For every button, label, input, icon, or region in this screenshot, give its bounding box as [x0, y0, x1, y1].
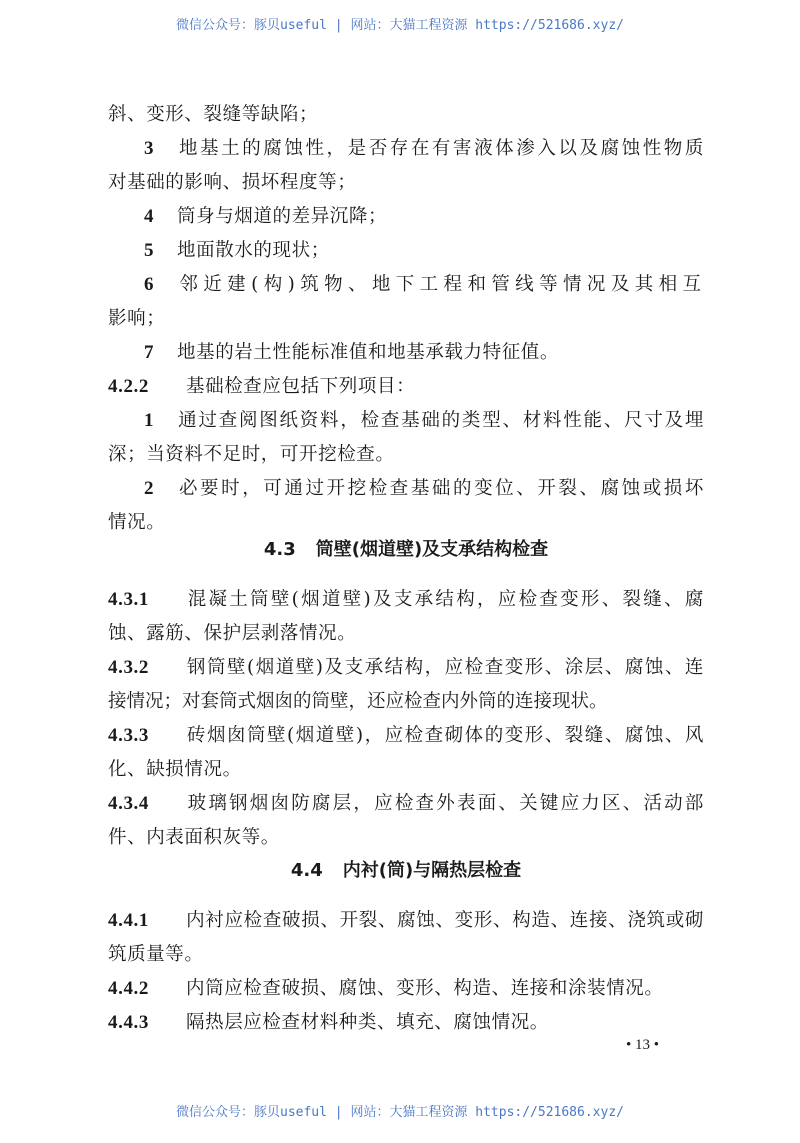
item-number: 6: [144, 270, 177, 300]
list-item: 7地基的岩土性能标准值和地基承载力特征值。: [108, 338, 704, 368]
section-title: 内衬(筒)与隔热层检查: [343, 860, 521, 881]
clause: 4.4.2内筒应检查破损、腐蚀、变形、构造、连接和涂装情况。: [108, 974, 704, 1004]
list-item: 5地面散水的现状；: [108, 236, 704, 266]
clause-text: 混凝土筒壁(烟道壁)及支承结构，应检查变形、裂缝、腐: [186, 589, 704, 610]
clause-text: 钢筒壁(烟道壁)及支承结构，应检查变形、涂层、腐蚀、连: [186, 657, 704, 678]
clause-text: 玻璃钢烟囱防腐层，应检查外表面、关键应力区、活动部: [186, 793, 704, 814]
text-line: 件、内表面积灰等。: [108, 823, 704, 853]
text-line: 筑质量等。: [108, 940, 704, 970]
item-number: 2: [144, 474, 177, 504]
watermark-header: 微信公众号：豚贝useful | 网站：大猫工程资源 https://52168…: [0, 14, 800, 33]
clause-number: 4.3.4: [108, 789, 186, 819]
list-item: 2必要时，可通过开挖检查基础的变位、开裂、腐蚀或损坏: [108, 474, 704, 504]
item-text: 必要时，可通过开挖检查基础的变位、开裂、腐蚀或损坏: [177, 478, 704, 499]
item-number: 3: [144, 134, 177, 164]
clause-number: 4.3.3: [108, 721, 186, 751]
item-number: 1: [144, 406, 177, 436]
list-item: 4筒身与烟道的差异沉降；: [108, 202, 704, 232]
clause-text: 内筒应检查破损、腐蚀、变形、构造、连接和涂装情况。: [186, 978, 664, 999]
item-number: 4: [144, 202, 177, 232]
clause-number: 4.4.2: [108, 974, 186, 1004]
item-text: 地面散水的现状；: [177, 240, 330, 261]
clause-text: 隔热层应检查材料种类、填充、腐蚀情况。: [186, 1012, 549, 1033]
clause-number: 4.3.2: [108, 653, 186, 683]
page-number: • 13 •: [626, 1037, 659, 1054]
text-line: 蚀、露筋、保护层剥落情况。: [108, 619, 704, 649]
clause-text: 基础检查应包括下列项目：: [186, 376, 415, 397]
clause-number: 4.4.1: [108, 906, 186, 936]
clause: 4.3.3砖烟囱筒壁(烟道壁)，应检查砌体的变形、裂缝、腐蚀、风: [108, 721, 704, 751]
section-number: 4.3: [264, 539, 296, 560]
text-line: 斜、变形、裂缝等缺陷；: [108, 100, 704, 130]
clause-text: 砖烟囱筒壁(烟道壁)，应检查砌体的变形、裂缝、腐蚀、风: [186, 725, 704, 746]
clause-text: 内衬应检查破损、开裂、腐蚀、变形、构造、连接、浇筑或砌: [186, 910, 704, 931]
clause-number: 4.3.1: [108, 585, 186, 615]
item-text: 通过查阅图纸资料，检查基础的类型、材料性能、尺寸及埋: [177, 410, 704, 431]
section-heading-4-3: 4.3筒壁(烟道壁)及支承结构检查: [108, 535, 704, 565]
text-line: 深；当资料不足时，可开挖检查。: [108, 440, 704, 470]
item-text: 筒身与烟道的差异沉降；: [177, 206, 387, 227]
text-line: 对基础的影响、损坏程度等；: [108, 168, 704, 198]
clause: 4.3.2钢筒壁(烟道壁)及支承结构，应检查变形、涂层、腐蚀、连: [108, 653, 704, 683]
clause-number: 4.4.3: [108, 1008, 186, 1038]
item-number: 7: [144, 338, 177, 368]
clause: 4.4.1内衬应检查破损、开裂、腐蚀、变形、构造、连接、浇筑或砌: [108, 906, 704, 936]
item-text: 邻近建(构)筑物、地下工程和管线等情况及其相互: [177, 274, 704, 295]
section-heading-4-4: 4.4内衬(筒)与隔热层检查: [108, 856, 704, 886]
clause: 4.2.2基础检查应包括下列项目：: [108, 372, 704, 402]
text-line: 化、缺损情况。: [108, 755, 704, 785]
item-text: 地基的岩土性能标准值和地基承载力特征值。: [177, 342, 559, 363]
clause: 4.4.3隔热层应检查材料种类、填充、腐蚀情况。: [108, 1008, 704, 1038]
item-number: 5: [144, 236, 177, 266]
watermark-footer: 微信公众号：豚贝useful | 网站：大猫工程资源 https://52168…: [0, 1101, 800, 1120]
section-title: 筒壁(烟道壁)及支承结构检查: [316, 539, 548, 560]
list-item: 3地基土的腐蚀性，是否存在有害液体渗入以及腐蚀性物质: [108, 134, 704, 164]
list-item: 6邻近建(构)筑物、地下工程和管线等情况及其相互: [108, 270, 704, 300]
clause: 4.3.4玻璃钢烟囱防腐层，应检查外表面、关键应力区、活动部: [108, 789, 704, 819]
section-number: 4.4: [291, 860, 323, 881]
text-line: 影响；: [108, 304, 704, 334]
list-item: 1通过查阅图纸资料，检查基础的类型、材料性能、尺寸及埋: [108, 406, 704, 436]
text-line: 情况。: [108, 508, 704, 538]
text-line: 接情况；对套筒式烟囱的筒壁，还应检查内外筒的连接现状。: [108, 687, 704, 717]
item-text: 地基土的腐蚀性，是否存在有害液体渗入以及腐蚀性物质: [177, 138, 704, 159]
clause: 4.3.1混凝土筒壁(烟道壁)及支承结构，应检查变形、裂缝、腐: [108, 585, 704, 615]
clause-number: 4.2.2: [108, 372, 186, 402]
